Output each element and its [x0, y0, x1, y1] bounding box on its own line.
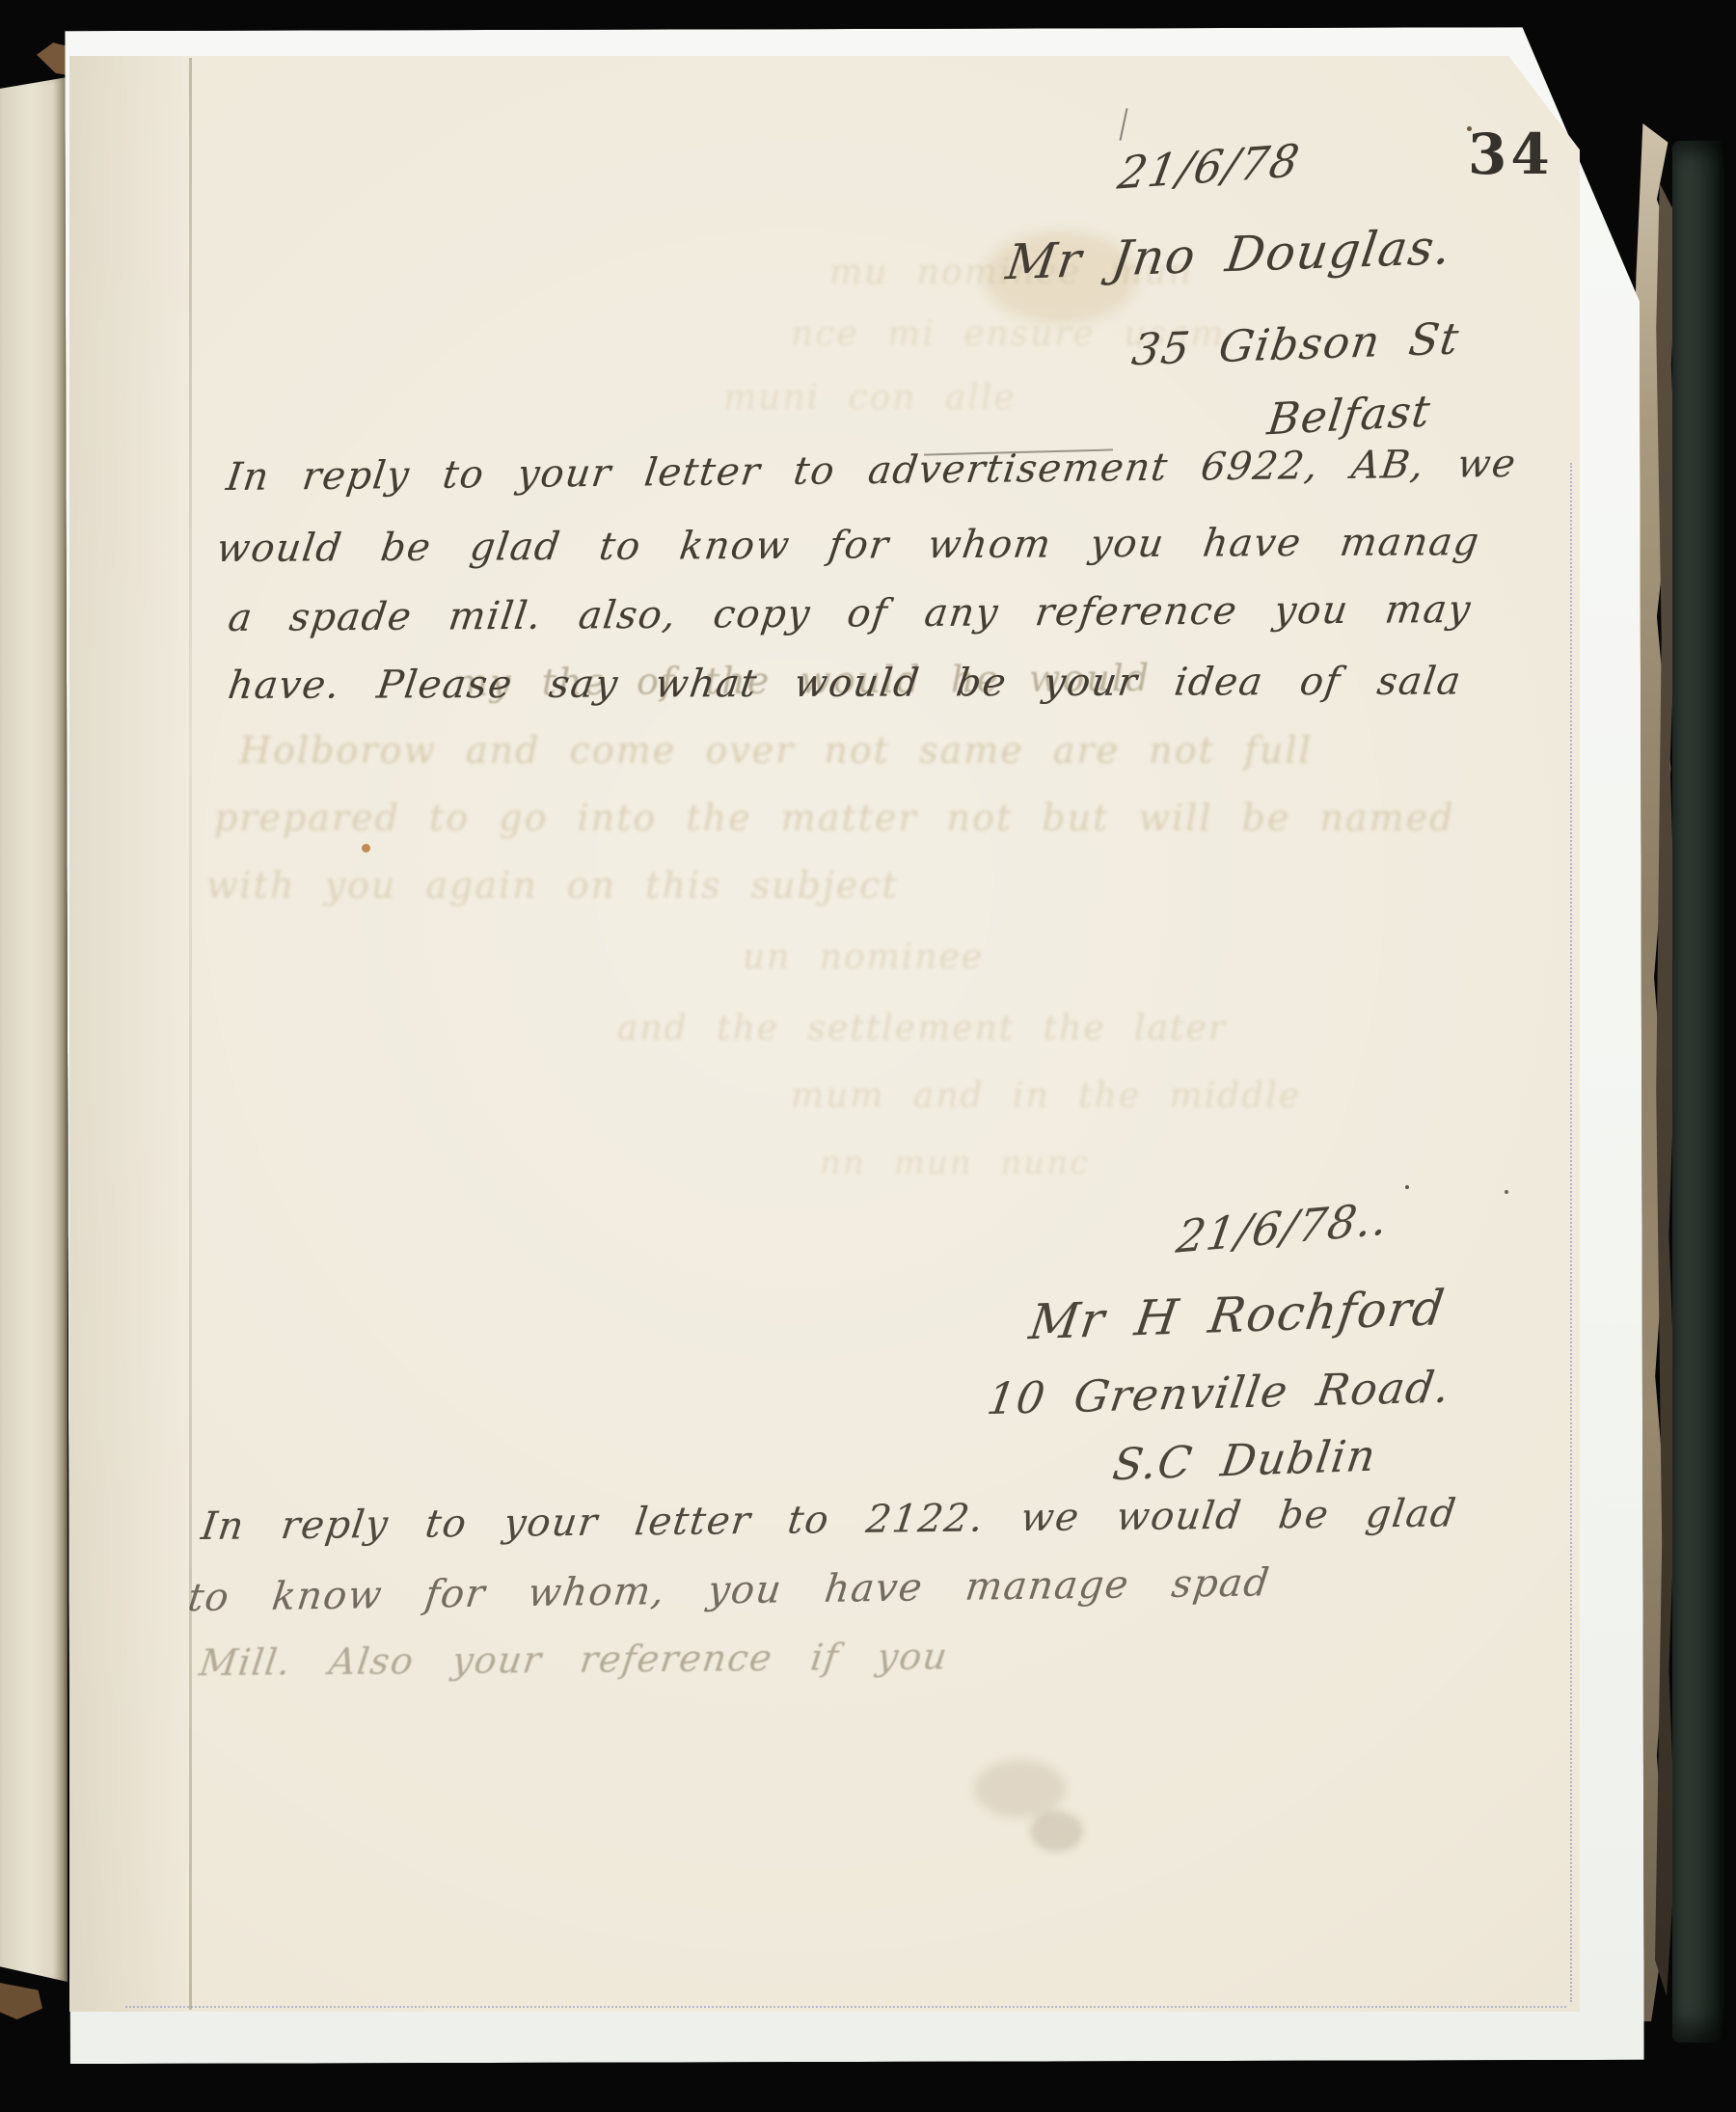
page-edge-dotted-line-bottom [125, 2006, 1566, 2008]
ghost-text-line: un nominee [743, 937, 984, 977]
ink-dot [1405, 1185, 1409, 1189]
torn-paper-fragment-bottom-left [0, 1983, 42, 2019]
letter1-address-line2: Belfast [1264, 385, 1434, 445]
ghost-text-line: muni con alle [723, 378, 1017, 418]
page-number: 34 [1468, 122, 1554, 187]
letter1-body-line: would be glad to know for whom you have … [214, 520, 1483, 571]
ghost-text-line: mum and in the middle [791, 1076, 1301, 1116]
paper-smudge [1030, 1811, 1083, 1852]
ink-dot [1467, 126, 1472, 131]
gutter-crease [189, 58, 192, 2010]
ghost-text-line: Holborow and come over not same are not … [239, 729, 1313, 772]
ink-dot [1505, 1190, 1508, 1194]
previous-page-edge [0, 77, 68, 1982]
ghost-text-line: and the settlement the later [617, 1009, 1227, 1048]
letter1-body-line: have. Please say what would be your idea… [226, 660, 1465, 708]
ghost-text-line: nn mun nunc [820, 1144, 1090, 1182]
rust-speck [362, 844, 370, 853]
letter2-address-line2: S.C Dublin [1110, 1429, 1380, 1490]
book-cover-cloth-edge [1672, 141, 1726, 2043]
ghost-text-line: with you again on this subject [206, 864, 899, 907]
paper-smudge [974, 1760, 1066, 1818]
letter1-body-line: a spade mill. also, copy of any referenc… [226, 587, 1475, 640]
page-edge-dotted-line-right [1570, 463, 1572, 2002]
ghost-text-line: prepared to go into the matter not but w… [214, 797, 1454, 839]
letter2-body-line: Mill. Also your reference if you [197, 1635, 951, 1684]
